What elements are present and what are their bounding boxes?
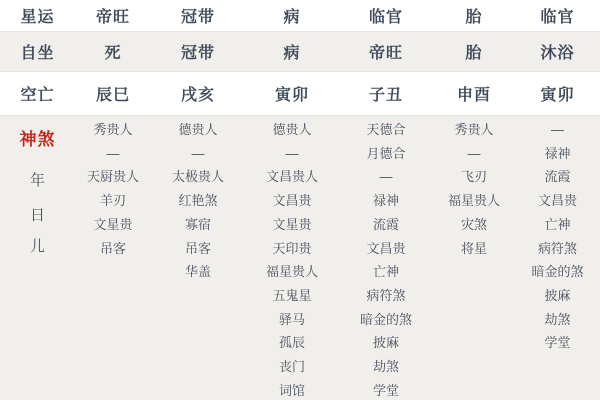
- shensha-item: 暗金的煞: [515, 260, 600, 284]
- self-sitting-cell: 帝旺: [339, 40, 433, 63]
- shensha-item: 福星贵人: [245, 260, 339, 284]
- shensha-item: 劫煞: [339, 355, 433, 379]
- shensha-item: 太极贵人: [151, 165, 245, 189]
- self-sitting-cell: 沐浴: [515, 40, 600, 63]
- star-luck-cell: 临官: [515, 4, 600, 27]
- void-cell: 戌亥: [151, 82, 245, 105]
- shensha-item: 文昌贵: [339, 237, 433, 261]
- shensha-item: —: [339, 165, 433, 189]
- shensha-item: 吊客: [75, 237, 151, 261]
- void-cell: 寅卯: [515, 82, 600, 105]
- shensha-item: 文昌贵人: [245, 165, 339, 189]
- shensha-item: 词馆: [245, 379, 339, 400]
- star-luck-cell: 帝旺: [75, 4, 151, 27]
- star-luck-cell: 临官: [339, 4, 433, 27]
- row-label-void: 空亡: [0, 82, 75, 105]
- shensha-column-1: 秀贵人—天厨贵人羊刃文星贵吊客: [75, 118, 151, 260]
- void-cell: 寅卯: [245, 82, 339, 105]
- shensha-item: 暗金的煞: [339, 308, 433, 332]
- shensha-item: 披麻: [515, 284, 600, 308]
- shensha-side-labels: 神煞 年日儿: [0, 118, 75, 400]
- shensha-sublabel: 日: [0, 204, 75, 228]
- star-luck-cell: 冠带: [151, 4, 245, 27]
- shensha-section: 神煞 年日儿 秀贵人—天厨贵人羊刃文星贵吊客 德贵人—太极贵人红艳煞寡宿吊客华盖…: [0, 116, 600, 400]
- shensha-item: 病符煞: [515, 237, 600, 261]
- shensha-item: 秀贵人: [433, 118, 515, 142]
- shensha-item: —: [433, 142, 515, 166]
- shensha-item: 文星贵: [75, 213, 151, 237]
- shensha-item: 将星: [433, 237, 515, 261]
- shensha-item: 天厨贵人: [75, 165, 151, 189]
- shensha-item: 五鬼星: [245, 284, 339, 308]
- row-label-self-sitting: 自坐: [0, 40, 75, 63]
- row-void: 空亡 辰巳戌亥寅卯子丑申酉寅卯: [0, 72, 600, 116]
- shensha-item: —: [515, 118, 600, 142]
- shensha-column-4: 天德合月德合—禄神流霞文昌贵亡神病符煞暗金的煞披麻劫煞学堂: [339, 118, 433, 400]
- shensha-item: 羊刃: [75, 189, 151, 213]
- shensha-item: —: [151, 142, 245, 166]
- shensha-item: —: [75, 142, 151, 166]
- shensha-item: 劫煞: [515, 308, 600, 332]
- self-sitting-cell: 胎: [433, 40, 515, 63]
- self-sitting-cell: 死: [75, 40, 151, 63]
- shensha-item: 亡神: [515, 213, 600, 237]
- shensha-column-3: 德贵人—文昌贵人文昌贵文星贵天印贵福星贵人五鬼星驿马孤辰丧门词馆: [245, 118, 339, 400]
- shensha-item: 孤辰: [245, 331, 339, 355]
- star-luck-cell: 胎: [433, 4, 515, 27]
- shensha-item: 披麻: [339, 331, 433, 355]
- shensha-item: 华盖: [151, 260, 245, 284]
- star-luck-cell: 病: [245, 4, 339, 27]
- shensha-sublabel: 年: [0, 169, 75, 193]
- shensha-column-5: 秀贵人—飞刃福星贵人灾煞将星: [433, 118, 515, 260]
- shensha-item: 文昌贵: [245, 189, 339, 213]
- shensha-item: 寡宿: [151, 213, 245, 237]
- shensha-item: 天印贵: [245, 237, 339, 261]
- shensha-item: 德贵人: [245, 118, 339, 142]
- shensha-item: 文星贵: [245, 213, 339, 237]
- shensha-item: —: [245, 142, 339, 166]
- shensha-item: 驿马: [245, 308, 339, 332]
- void-cell: 辰巳: [75, 82, 151, 105]
- row-void-values: 辰巳戌亥寅卯子丑申酉寅卯: [75, 82, 600, 105]
- shensha-item: 亡神: [339, 260, 433, 284]
- row-star-luck: 星运 帝旺冠带病临官胎临官: [0, 0, 600, 32]
- shensha-item: 文昌贵: [515, 189, 600, 213]
- shensha-item: 飞刃: [433, 165, 515, 189]
- row-label-star-luck: 星运: [0, 4, 75, 27]
- shensha-column-2: 德贵人—太极贵人红艳煞寡宿吊客华盖: [151, 118, 245, 284]
- shensha-item: 学堂: [515, 331, 600, 355]
- shensha-sublabel: 儿: [0, 235, 75, 259]
- shensha-label: 神煞: [0, 128, 75, 152]
- row-self-sitting: 自坐 死冠带病帝旺胎沐浴: [0, 32, 600, 72]
- shensha-item: 德贵人: [151, 118, 245, 142]
- shensha-item: 灾煞: [433, 213, 515, 237]
- bazi-star-table: 星运 帝旺冠带病临官胎临官 自坐 死冠带病帝旺胎沐浴 空亡 辰巳戌亥寅卯子丑申酉…: [0, 0, 600, 400]
- shensha-item: 天德合: [339, 118, 433, 142]
- shensha-item: 福星贵人: [433, 189, 515, 213]
- row-self-sitting-values: 死冠带病帝旺胎沐浴: [75, 40, 600, 63]
- void-cell: 子丑: [339, 82, 433, 105]
- shensha-item: 禄神: [515, 142, 600, 166]
- shensha-item: 流霞: [515, 165, 600, 189]
- shensha-item: 丧门: [245, 355, 339, 379]
- shensha-item: 吊客: [151, 237, 245, 261]
- shensha-item: 病符煞: [339, 284, 433, 308]
- void-cell: 申酉: [433, 82, 515, 105]
- shensha-item: 月德合: [339, 142, 433, 166]
- shensha-item: 流霞: [339, 213, 433, 237]
- shensha-item: 秀贵人: [75, 118, 151, 142]
- shensha-column-6: —禄神流霞文昌贵亡神病符煞暗金的煞披麻劫煞学堂: [515, 118, 600, 355]
- shensha-item: 学堂: [339, 379, 433, 400]
- shensha-columns: 秀贵人—天厨贵人羊刃文星贵吊客 德贵人—太极贵人红艳煞寡宿吊客华盖 德贵人—文昌…: [75, 118, 600, 400]
- self-sitting-cell: 病: [245, 40, 339, 63]
- self-sitting-cell: 冠带: [151, 40, 245, 63]
- shensha-item: 禄神: [339, 189, 433, 213]
- shensha-item: 红艳煞: [151, 189, 245, 213]
- row-star-luck-values: 帝旺冠带病临官胎临官: [75, 4, 600, 27]
- shensha-sublabels: 年日儿: [0, 169, 75, 259]
